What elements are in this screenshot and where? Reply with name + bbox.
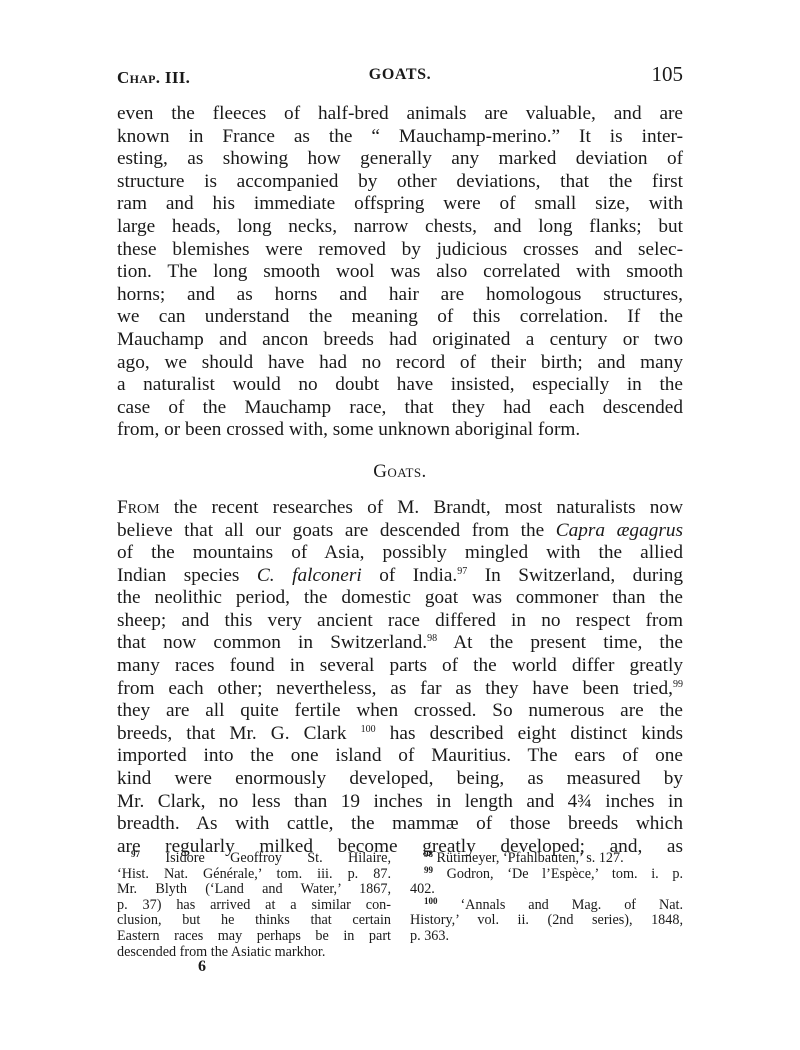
signature-mark: 6 [198, 958, 206, 976]
text-line: ram and his immediate offspring were of … [117, 193, 683, 216]
species-name: C. falconeri [257, 565, 362, 586]
text-line: we can understand the meaning of this co… [117, 306, 683, 329]
text-line: From the recent researches of M. Brandt,… [117, 497, 683, 520]
footnotes-right-column: 98 Rütimeyer, ‘Pfahlbauten,’ s. 127. 99 … [410, 851, 683, 945]
footnote-line: clusion, but he thinks that certain [117, 913, 391, 929]
footnote-ref-100[interactable]: 100 [361, 724, 376, 735]
book-page: Chap. III. GOATS. 105 even the fleeces o… [117, 62, 683, 858]
footnote-99: 99 Godron, ‘De l’Espèce,’ tom. i. p. [410, 867, 683, 883]
text-line: of the mountains of Asia, possibly mingl… [117, 542, 683, 565]
footnote-ref-98[interactable]: 98 [427, 633, 437, 644]
text-line: breeds, that Mr. G. Clark 100 has descri… [117, 723, 683, 746]
text-line: from each other; nevertheless, as far as… [117, 678, 683, 701]
footnote-97: 97 Isidore Geoffroy St. Hilaire, [117, 851, 391, 867]
running-title: GOATS. [117, 66, 683, 84]
text-line: Indian species C. falconeri of India.97 … [117, 565, 683, 588]
running-head: Chap. III. GOATS. 105 [117, 62, 683, 92]
text-line: tion. The long smooth wool was also corr… [117, 261, 683, 284]
text-line: known in France as the “ Mauchamp-merino… [117, 126, 683, 149]
footnote-marker: 99 [424, 865, 433, 875]
footnote-line: Mr. Blyth (‘Land and Water,’ 1867, [117, 882, 391, 898]
footnote-line: ‘Hist. Nat. Générale,’ tom. iii. p. 87. [117, 867, 391, 883]
footnote-line: 402. [410, 882, 683, 898]
text-line: ago, we should have had no record of the… [117, 352, 683, 375]
text-line: horns; and as horns and hair are homolog… [117, 284, 683, 307]
text-line: that now common in Switzerland.98 At the… [117, 632, 683, 655]
text-line: from, or been crossed with, some unknown… [117, 419, 683, 442]
text-line: Mr. Clark, no less than 19 inches in len… [117, 791, 683, 814]
text-line: esting, as showing how generally any mar… [117, 148, 683, 171]
footnote-ref-99[interactable]: 99 [673, 679, 683, 690]
text-line: case of the Mauchamp race, that they had… [117, 397, 683, 420]
footnote-marker: 97 [131, 849, 140, 859]
text-line: breadth. As with cattle, the mammæ of th… [117, 813, 683, 836]
text-line: kind were enormously developed, being, a… [117, 768, 683, 791]
text-line: large heads, long necks, narrow chests, … [117, 216, 683, 239]
footnote-line: History,’ vol. ii. (2nd series), 1848, [410, 913, 683, 929]
text-line: these blemishes were removed by judiciou… [117, 239, 683, 262]
text-line: the neolithic period, the domestic goat … [117, 587, 683, 610]
text-line: structure is accompanied by other deviat… [117, 171, 683, 194]
text-line: many races found in several parts of the… [117, 655, 683, 678]
opening-word: From [117, 497, 160, 518]
section-heading-goats: Goats. [117, 461, 683, 483]
footnote-100: 100 ‘Annals and Mag. of Nat. [410, 898, 683, 914]
text-line: imported into the one island of Mauritiu… [117, 745, 683, 768]
page-number: 105 [652, 62, 684, 87]
footnote-line: p. 37) has arrived at a similar con- [117, 898, 391, 914]
text-line: believe that all our goats are descended… [117, 520, 683, 543]
footnotes-left-column: 97 Isidore Geoffroy St. Hilaire, ‘Hist. … [117, 851, 391, 960]
text-line: Mauchamp and ancon breeds had originated… [117, 329, 683, 352]
text-line: they are all quite fertile when crossed.… [117, 700, 683, 723]
text-line: a naturalist would no doubt have insiste… [117, 374, 683, 397]
footnote-marker: 100 [424, 896, 438, 906]
paragraph-mauchamp: even the fleeces of half-bred animals ar… [117, 103, 683, 442]
footnote-line: Eastern races may perhaps be in part [117, 929, 391, 945]
text-line: even the fleeces of half-bred animals ar… [117, 103, 683, 126]
footnote-ref-97[interactable]: 97 [457, 566, 467, 577]
footnote-marker: 98 [424, 849, 433, 859]
paragraph-goats: From the recent researches of M. Brandt,… [117, 497, 683, 859]
footnote-98: 98 Rütimeyer, ‘Pfahlbauten,’ s. 127. [410, 851, 683, 867]
footnote-line: descended from the Asiatic markhor. [117, 945, 391, 961]
species-name: Capra ægagrus [556, 520, 683, 541]
footnote-line: p. 363. [410, 929, 683, 945]
text-line: sheep; and this very ancient race differ… [117, 610, 683, 633]
